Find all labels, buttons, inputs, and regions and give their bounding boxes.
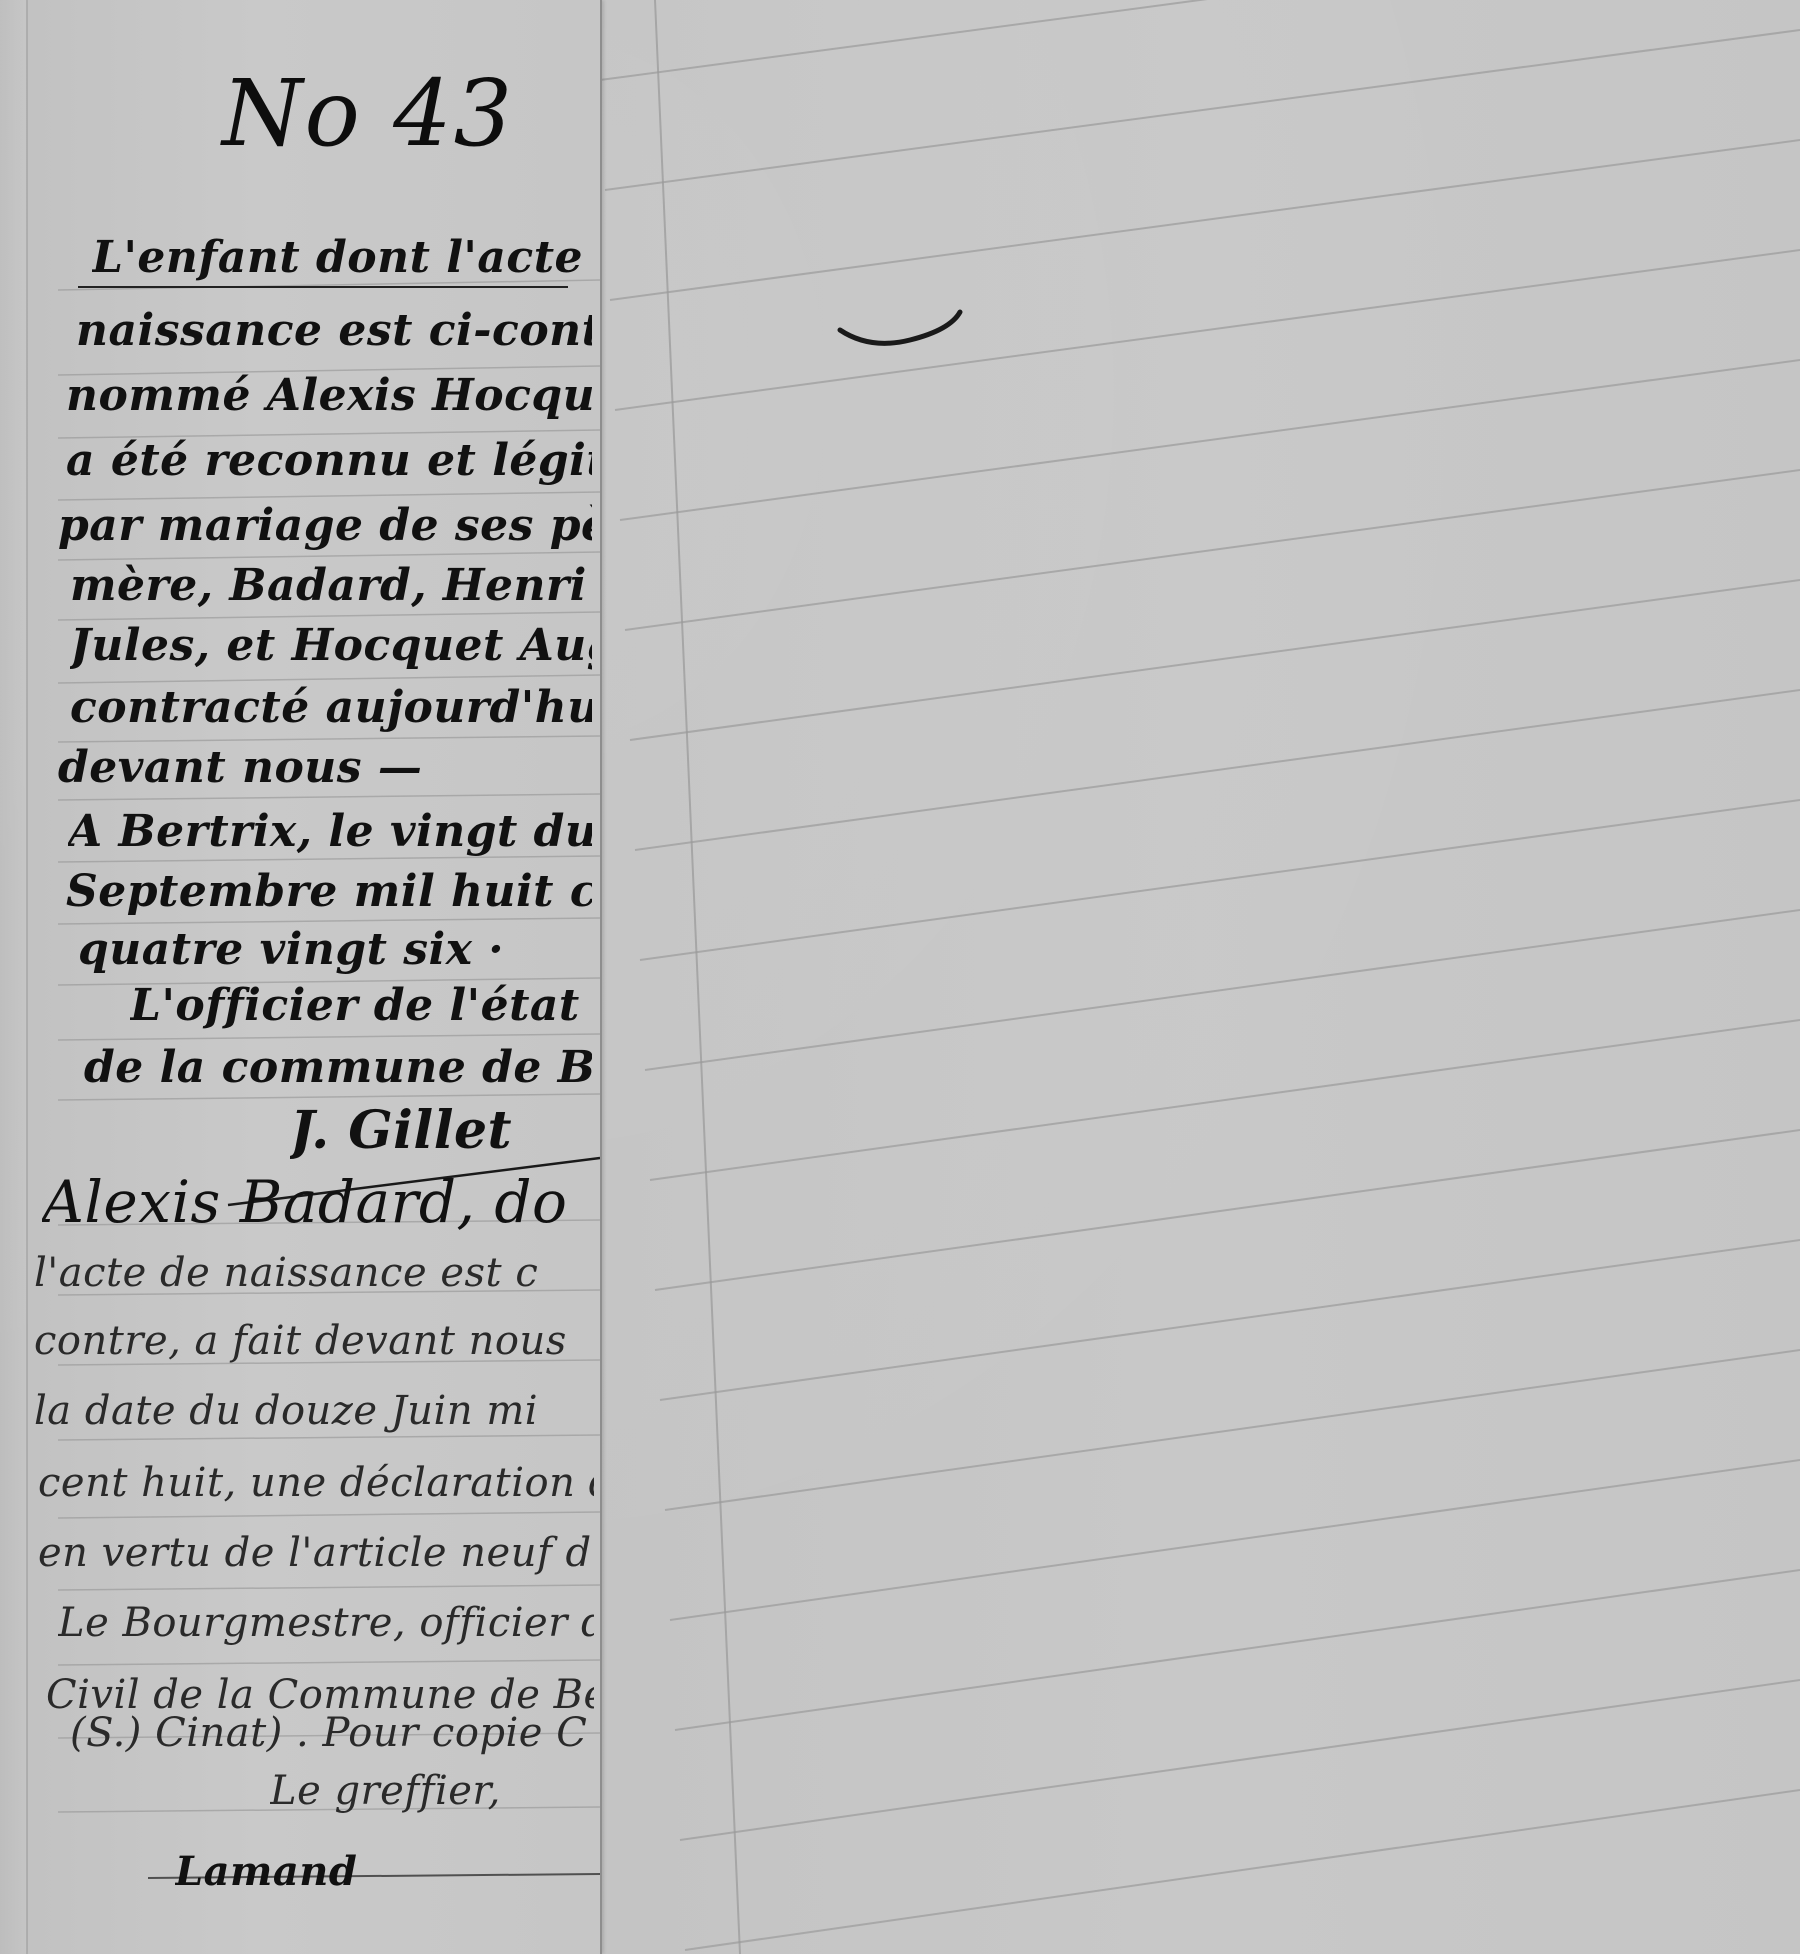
note-line: Le greffier, (270, 1768, 594, 1814)
strip-ruled-lines (28, 0, 600, 1954)
ink-stroke-mark (830, 300, 970, 360)
signature-lamand: Lamand (175, 1848, 594, 1895)
note-line: L'enfant dont l'acte (92, 232, 592, 283)
signature-gillet: J. Gillet (290, 1100, 592, 1161)
entry-number: No 43 (222, 60, 514, 167)
heading-underline (78, 286, 568, 288)
note-line: la date du douze Juin mi (34, 1388, 594, 1434)
annotation-strip (28, 0, 602, 1954)
note-line: (S.) Cinat) . Pour copie C (70, 1710, 594, 1756)
note-line: Septembre mil huit c (66, 866, 592, 917)
note-line: naissance est ci-cont (76, 305, 592, 356)
note-line: devant nous — (58, 742, 592, 793)
note-line: contre, a fait devant nous (34, 1318, 594, 1364)
ledger-page: No 43 L'enfant dont l'acte naissance est… (0, 0, 1800, 1954)
note-line: Alexis Badard, do (42, 1168, 594, 1236)
note-line: contracté aujourd'hu (70, 682, 592, 733)
note-line: mère, Badard, Henri (70, 560, 592, 611)
note-line: cent huit, une déclaration d (38, 1460, 594, 1506)
note-line: L'officier de l'état civ (130, 980, 592, 1031)
note-line: A Bertrix, le vingt du (68, 806, 592, 857)
note-line: nommé Alexis Hocqu (66, 370, 592, 421)
note-line: par mariage de ses père (58, 500, 592, 551)
note-line: l'acte de naissance est c (34, 1250, 594, 1296)
note-line: en vertu de l'article neuf du (38, 1530, 594, 1576)
note-line: a été reconnu et légitim (66, 435, 592, 486)
note-line: de la commune de Bertr (84, 1042, 592, 1093)
note-line: Jules, et Hocquet Augus (70, 620, 592, 671)
note-line: Le Bourgmestre, officier de (58, 1600, 594, 1646)
note-line: quatre vingt six · (78, 924, 592, 975)
